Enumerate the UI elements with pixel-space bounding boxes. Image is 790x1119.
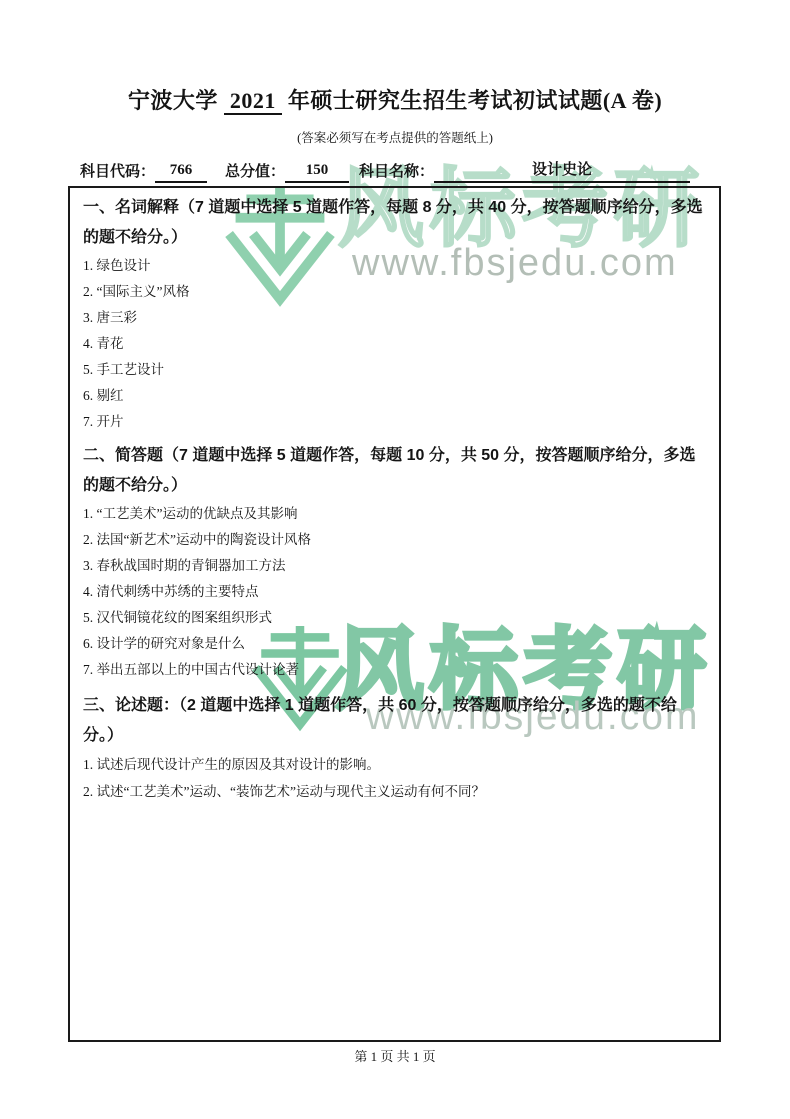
subject-code-label: 科目代码： (80, 160, 155, 183)
page-number: 第 1 页 共 1 页 (0, 1046, 790, 1065)
section-2-items: 1. “工艺美术”运动的优缺点及其影响 2. 法国“新艺术”运动中的陶瓷设计风格… (83, 501, 707, 683)
question-item: 3. 春秋战国时期的青铜器加工方法 (83, 553, 707, 579)
question-item: 1. 试述后现代设计产生的原因及其对设计的影响。 (83, 751, 707, 778)
question-item: 1. 绿色设计 (83, 253, 707, 279)
subject-name-label: 科目名称： (359, 160, 434, 183)
question-item: 5. 手工艺设计 (83, 357, 707, 383)
question-item: 7. 开片 (83, 409, 707, 435)
subject-info-row: 科目代码： 766 总分值： 150 科目名称： 设计史论 (80, 158, 690, 183)
section-2-heading: 二、简答题（7 道题中选择 5 道题作答，每题 10 分，共 50 分，按答题顺… (83, 441, 707, 501)
title-suffix: 年硕士研究生招生考试初试试题(A 卷) (288, 88, 662, 113)
question-item: 4. 清代刺绣中苏绣的主要特点 (83, 579, 707, 605)
section-1-items: 1. 绿色设计 2. “国际主义”风格 3. 唐三彩 4. 青花 5. 手工艺设… (83, 253, 707, 435)
question-item: 6. 设计学的研究对象是什么 (83, 631, 707, 657)
title-university: 宁波大学 (128, 88, 218, 113)
question-item: 7. 举出五部以上的中国古代设计论著 (83, 657, 707, 683)
question-item: 3. 唐三彩 (83, 305, 707, 331)
exam-paper-page: 风标考研 www.fbsjedu.com 风标考研 www.fbsjedu.co… (0, 0, 790, 1119)
question-item: 6. 剔红 (83, 383, 707, 409)
title-year-underlined: 2021 (224, 88, 282, 115)
answer-sheet-notice: (答案必须写在考点提供的答题纸上) (0, 128, 790, 146)
section-1-heading: 一、名词解释（7 道题中选择 5 道题作答，每题 8 分，共 40 分，按答题顺… (83, 193, 707, 253)
question-item: 2. “国际主义”风格 (83, 279, 707, 305)
question-item: 2. 试述“工艺美术”运动、“装饰艺术”运动与现代主义运动有何不同？ (83, 778, 707, 805)
total-score-value: 150 (285, 162, 349, 183)
question-area-box: 一、名词解释（7 道题中选择 5 道题作答，每题 8 分，共 40 分，按答题顺… (68, 186, 721, 1042)
subject-code-value: 766 (155, 162, 207, 183)
total-score-label: 总分值： (225, 160, 285, 183)
page-title: 宁波大学 2021 年硕士研究生招生考试初试试题(A 卷) (0, 84, 790, 115)
question-item: 1. “工艺美术”运动的优缺点及其影响 (83, 501, 707, 527)
question-item: 4. 青花 (83, 331, 707, 357)
question-item: 5. 汉代铜镜花纹的图案组织形式 (83, 605, 707, 631)
section-3-items: 1. 试述后现代设计产生的原因及其对设计的影响。 2. 试述“工艺美术”运动、“… (83, 751, 707, 805)
question-item: 2. 法国“新艺术”运动中的陶瓷设计风格 (83, 527, 707, 553)
subject-name-value: 设计史论 (434, 158, 690, 183)
section-3-heading: 三、论述题：（2 道题中选择 1 道题作答，共 60 分，按答题顺序给分，多选的… (83, 691, 707, 751)
